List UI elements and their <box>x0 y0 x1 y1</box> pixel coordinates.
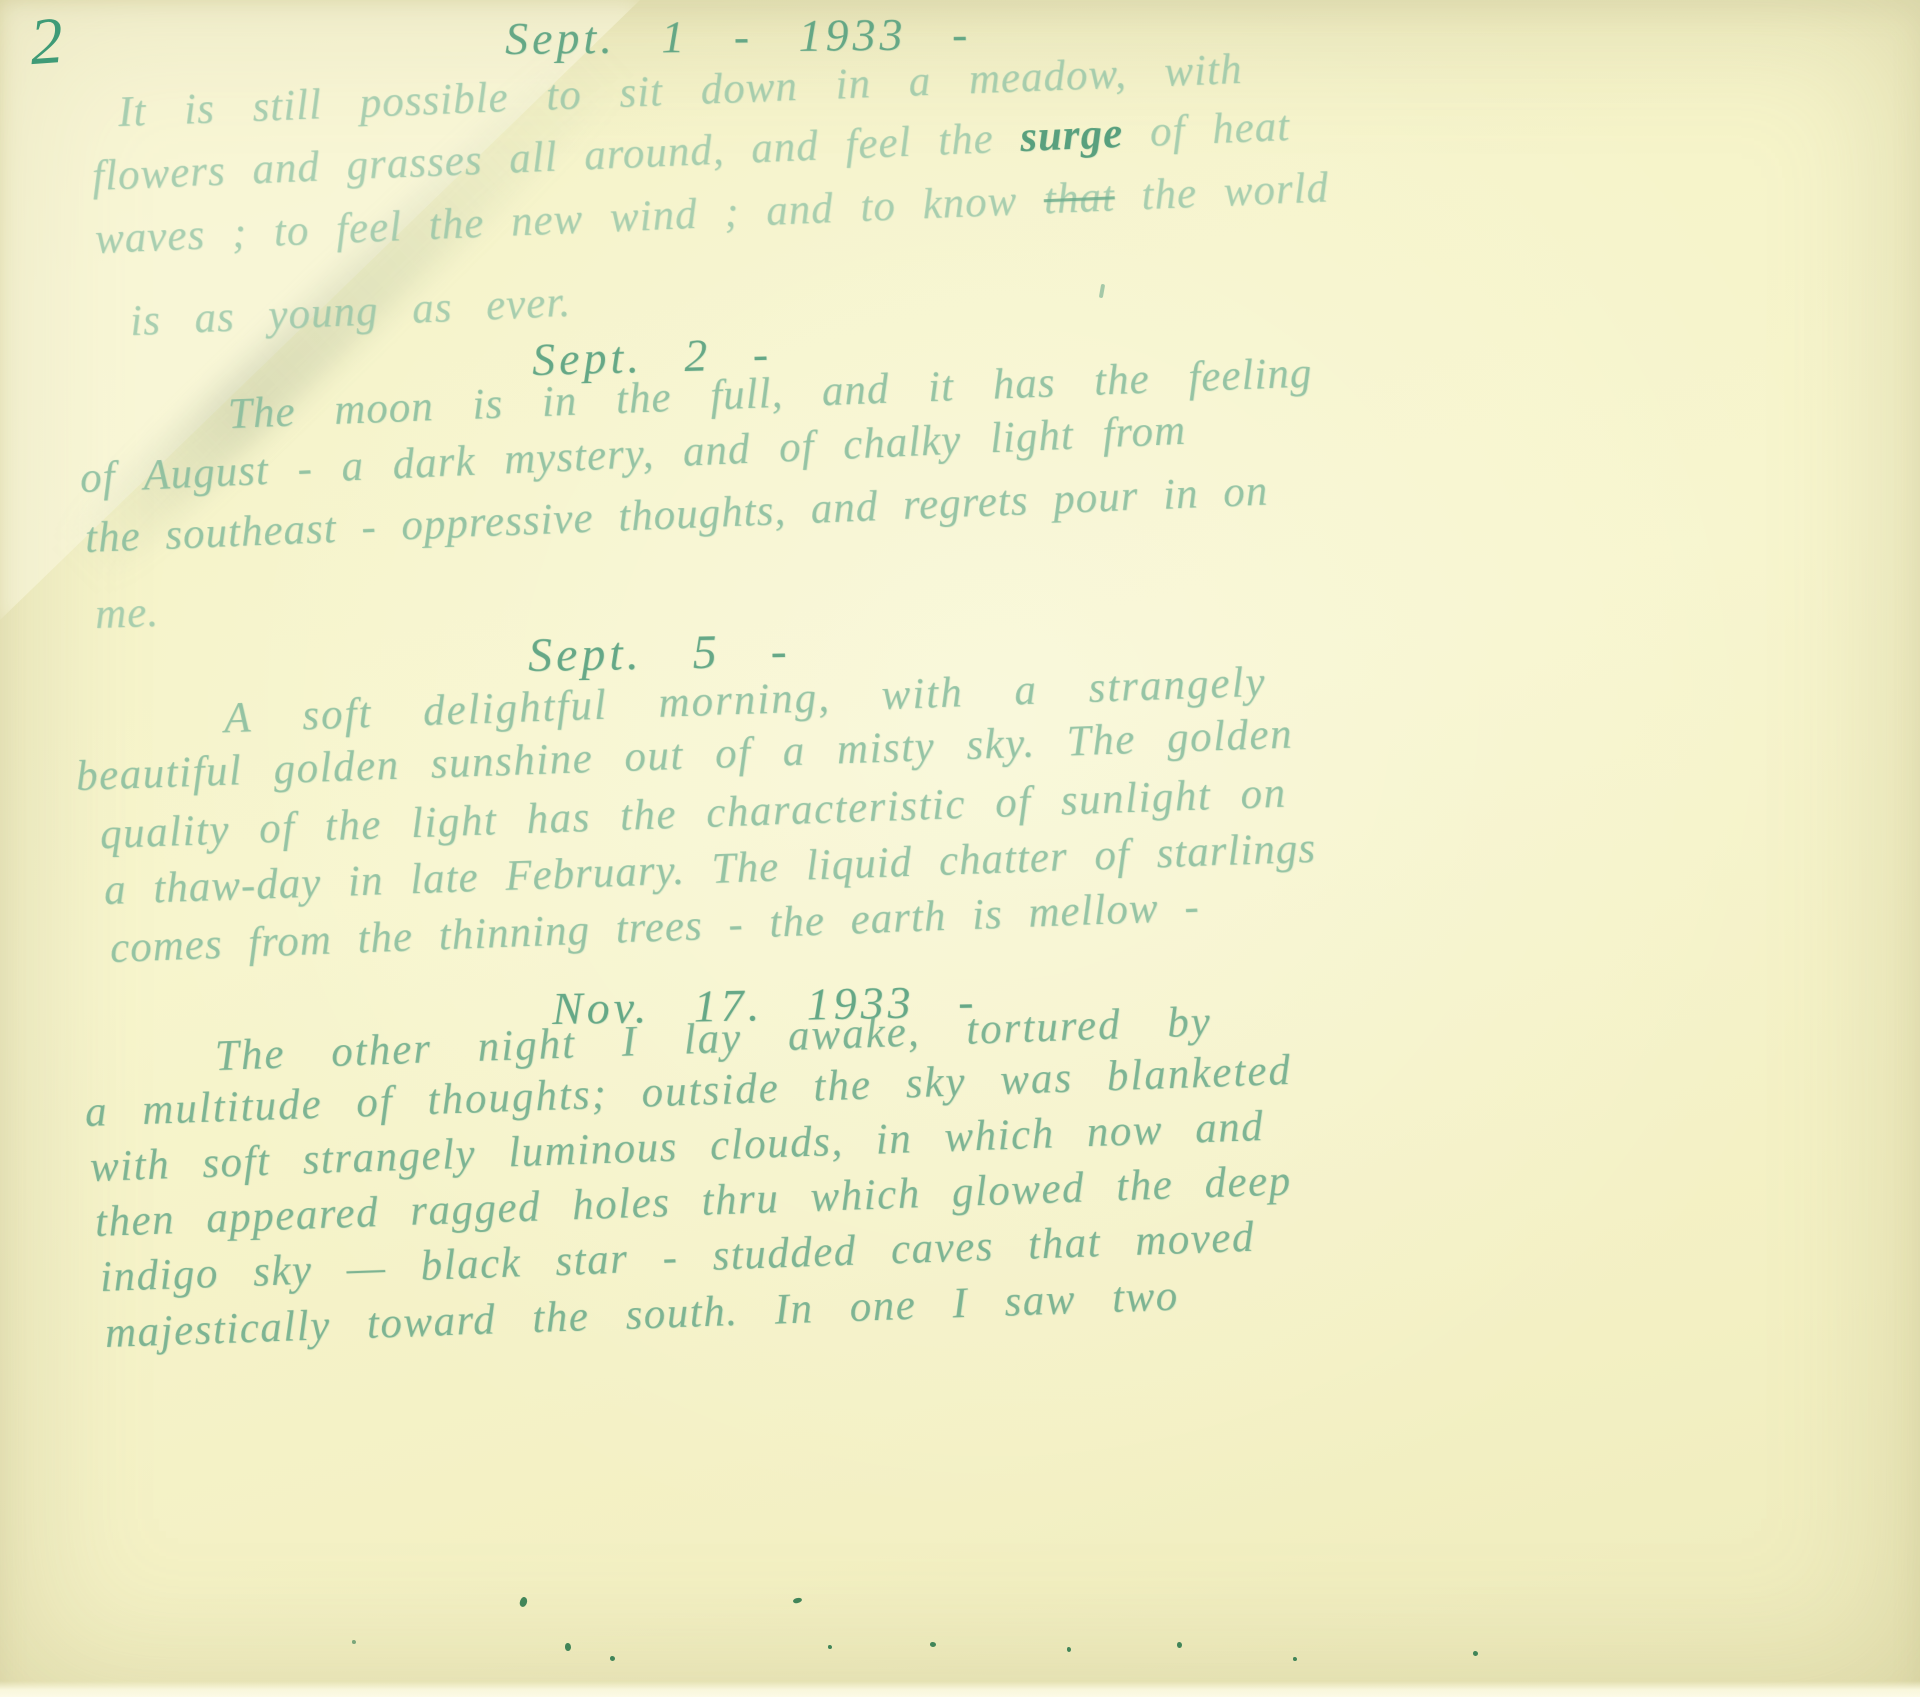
journal-page: 2 Sept. 1 - 1933 - It is still possible … <box>0 0 1920 1697</box>
entry-heading-sept-5: Sept. 5 - <box>528 623 792 683</box>
page-bottom-edge <box>0 1681 1920 1697</box>
entry-heading-sept-1: Sept. 1 - 1933 - <box>505 7 972 65</box>
ink-speck <box>1177 1642 1182 1648</box>
ink-speck <box>1067 1647 1071 1652</box>
stray-pencil-tick <box>1099 284 1105 298</box>
ink-speck <box>519 1596 529 1608</box>
overwritten-word: surge <box>1019 110 1124 161</box>
struck-word: that <box>1043 173 1116 223</box>
entry-sept2-line-4: me. <box>94 588 160 639</box>
line-3-text-end: the world <box>1140 164 1329 219</box>
page-number: 2 <box>27 3 65 81</box>
ink-speck <box>828 1645 832 1649</box>
line-2-text-end: of heat <box>1149 103 1291 156</box>
ink-speck <box>565 1643 571 1651</box>
ink-speck <box>930 1642 936 1647</box>
ink-speck <box>1473 1651 1478 1656</box>
ink-speck <box>352 1640 356 1644</box>
ink-speck <box>1293 1657 1297 1661</box>
ink-speck <box>793 1597 803 1604</box>
ink-speck <box>610 1656 615 1661</box>
